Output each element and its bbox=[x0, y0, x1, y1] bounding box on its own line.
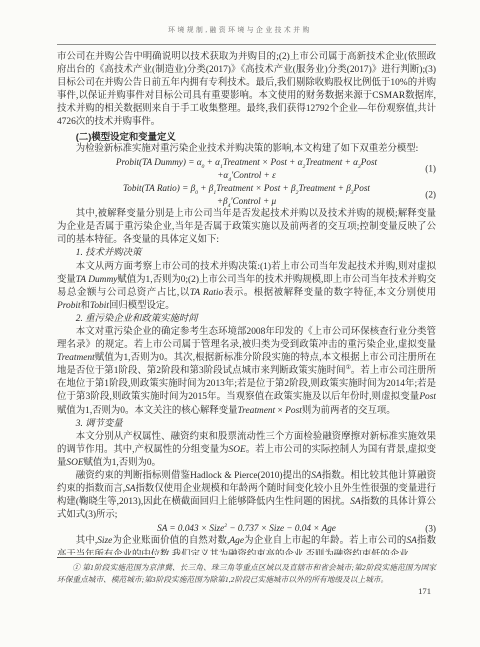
paragraph-continued: 市公司在并购公告中明确说明以技术获取为并购目的;(2)上市公司属于高新技术企业(… bbox=[57, 51, 436, 130]
subsection-heading-1: 1. 技术并购决策 bbox=[57, 247, 436, 260]
equation-2-number: (2) bbox=[425, 188, 436, 201]
paragraph-sa-index: 融资约束的判断指标则借鉴Hadlock & Pierce(2010)提出的SA指… bbox=[57, 470, 436, 522]
paragraph-model-intro: 为检验新标准实施对重污染企业技术并购决策的影响,本文构建了如下双重差分模型: bbox=[57, 143, 436, 156]
paragraph-variables: 其中,被解释变量分别是上市公司当年是否发起技术并购以及技术并购的规模;解释变量为… bbox=[57, 208, 436, 247]
paragraph-subsection-1: 本文从两方面考察上市公司的技术并购决策:(1)若上市公司当年发起技术并购,则对虚… bbox=[57, 261, 436, 313]
equation-3-line-1: SA = 0.043 × Size2 − 0.737 × Size − 0.04… bbox=[57, 522, 436, 535]
text-column: 市公司在并购公告中明确说明以技术获取为并购目的;(2)上市公司属于高新技术企业(… bbox=[57, 51, 436, 555]
running-header: 环境规制,融资环境与企业技术并购 bbox=[0, 24, 480, 34]
equation-3: SA = 0.043 × Size2 − 0.737 × Size − 0.04… bbox=[57, 522, 436, 535]
subsection-heading-2: 2. 重污染企业和政策实施时间 bbox=[57, 313, 436, 326]
section-heading: (二)模型设定和变量定义 bbox=[57, 130, 436, 143]
paper-page: 环境规制,融资环境与企业技术并购 市公司在并购公告中明确说明以技术获取为并购目的… bbox=[0, 0, 480, 647]
equation-2-line-1: Tobit(TA Ratio) = β0 + β1Treatment × Pos… bbox=[57, 182, 436, 195]
paragraph-subsection-2: 本文对重污染企业的确定参考生态环境部2008年印发的《上市公司环保核查行业分类管… bbox=[57, 326, 436, 418]
equation-2: Tobit(TA Ratio) = β0 + β1Treatment × Pos… bbox=[57, 182, 436, 208]
header-rule bbox=[57, 44, 436, 45]
subsection-heading-3: 3. 调节变量 bbox=[57, 418, 436, 431]
paragraph-sa-definition: 其中,Size为企业账面价值的自然对数,Age为企业自上市起的年龄。若上市公司的… bbox=[57, 535, 436, 555]
footnote: ① 第1阶段实施范围为京津冀、长三角、珠三角等重点区域以及直辖市和省会城市;第2… bbox=[57, 562, 436, 587]
equation-1-number: (1) bbox=[425, 162, 436, 175]
equation-1: Probit(TA Dummy) = α0 + α1Treatment × Po… bbox=[57, 156, 436, 182]
equation-1-line-2: +α4′Control + ε bbox=[57, 169, 436, 182]
equation-2-line-2: +β4′Control + μ bbox=[57, 195, 436, 208]
equation-1-line-1: Probit(TA Dummy) = α0 + α1Treatment × Po… bbox=[57, 156, 436, 169]
paragraph-subsection-3: 本文分别从产权属性、融资约束和股票流动性三个方面检验融资摩擦对新标准实施效果的调… bbox=[57, 431, 436, 470]
equation-3-number: (3) bbox=[425, 522, 436, 535]
page-number: 171 bbox=[418, 586, 431, 596]
footnote-rule bbox=[57, 557, 155, 558]
